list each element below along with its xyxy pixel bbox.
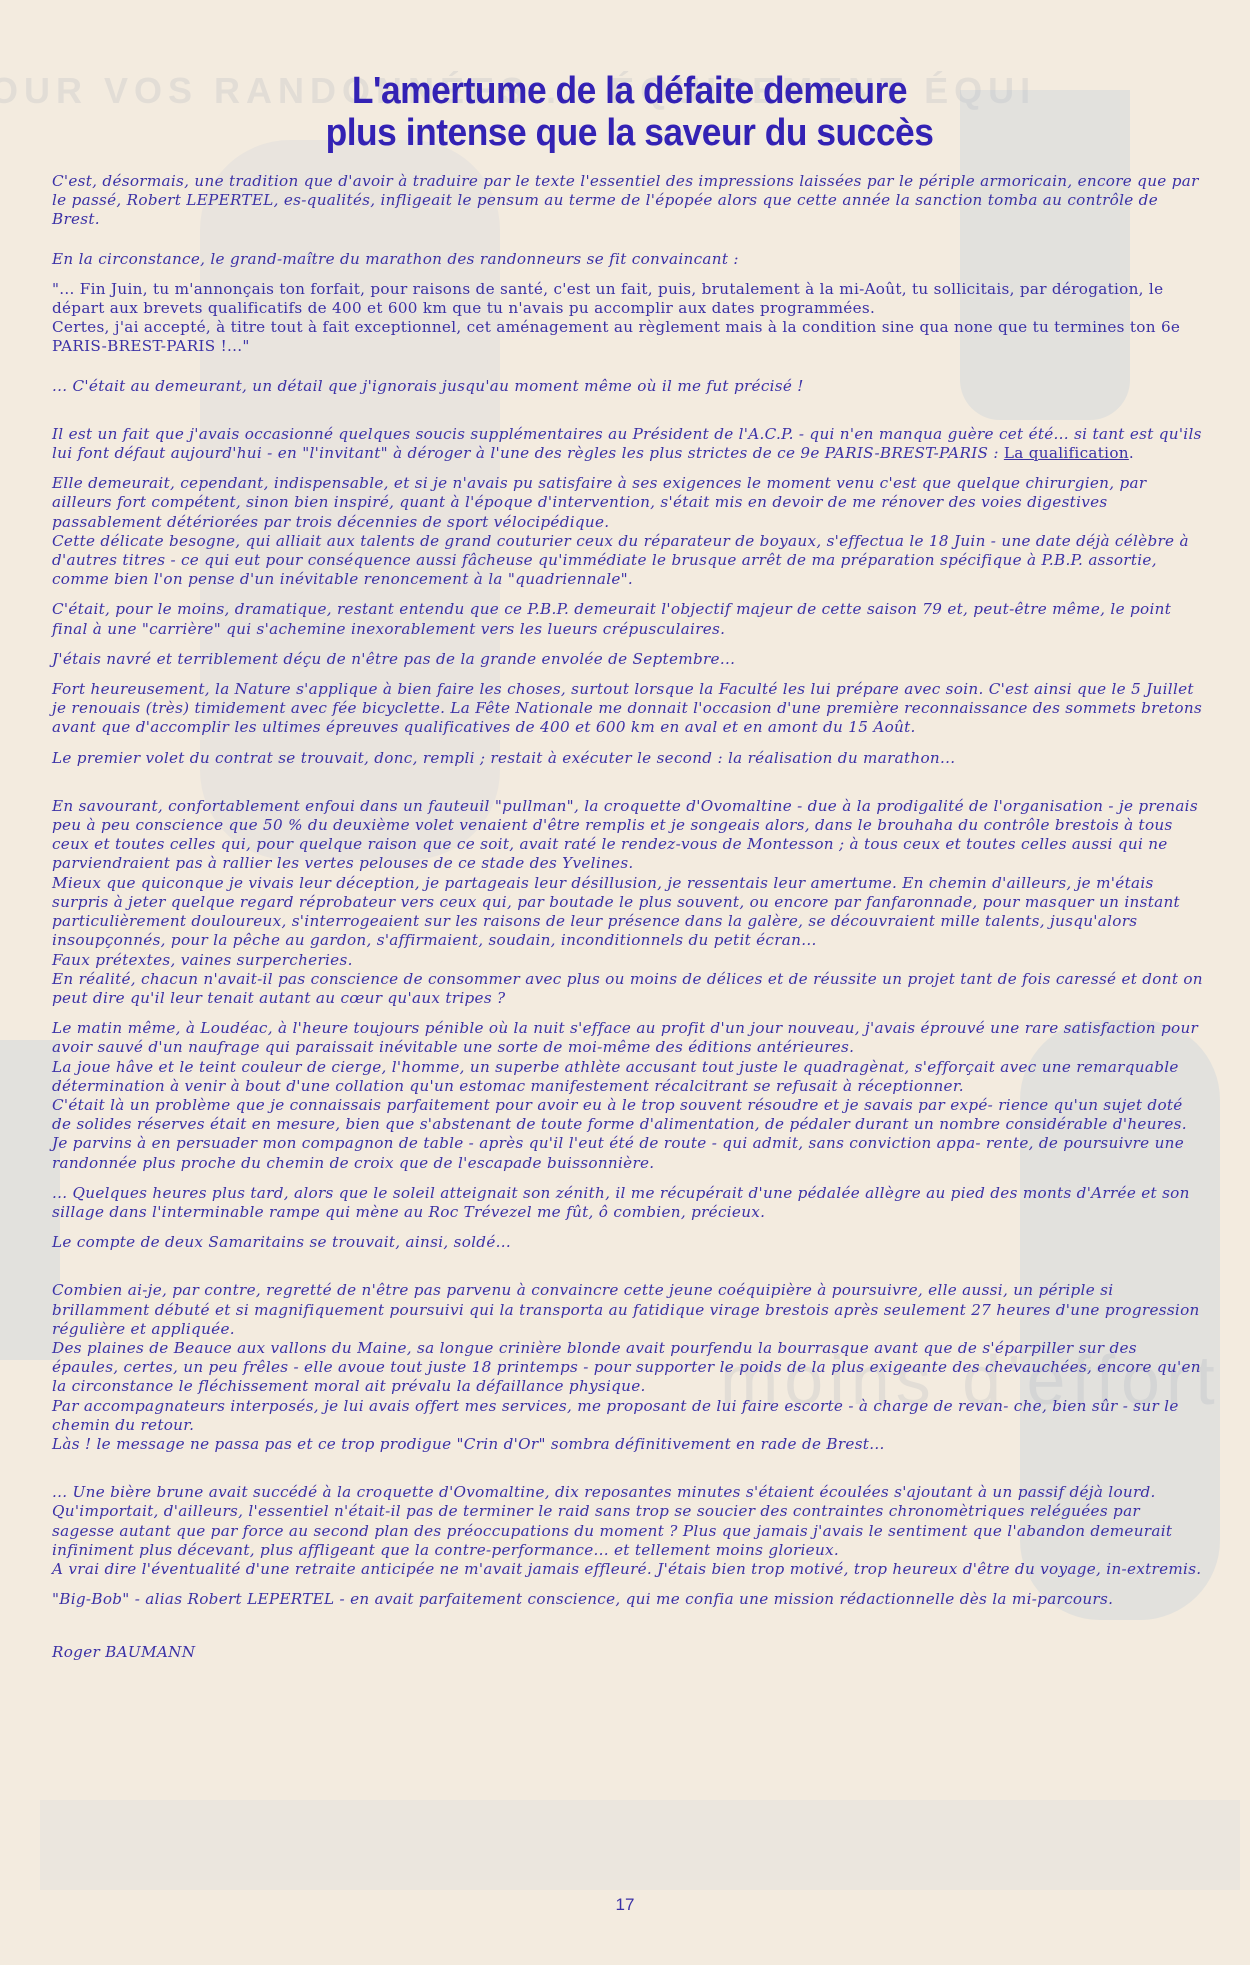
paragraph: Il est un fait que j'avais occasionné qu… — [52, 425, 1207, 463]
qualification-underlined: La qualification — [1004, 444, 1129, 462]
paragraph: Je parvins à en persuader mon compagnon … — [52, 1134, 1207, 1172]
paragraph: C'était, pour le moins, dramatique, rest… — [52, 600, 1207, 638]
paragraph: "Big-Bob" - alias Robert LEPERTEL - en a… — [52, 1590, 1207, 1609]
article: L'amertume de la défaite demeure plus in… — [52, 70, 1207, 1674]
paragraph: Fort heureusement, la Nature s'applique … — [52, 680, 1207, 738]
paragraph: En la circonstance, le grand-maître du m… — [52, 250, 1207, 269]
paragraph-group: Le matin même, à Loudéac, à l'heure touj… — [52, 1019, 1207, 1173]
paragraph: C'est, désormais, une tradition que d'av… — [52, 172, 1207, 230]
article-title: L'amertume de la défaite demeure plus in… — [92, 70, 1166, 154]
paragraph: A vrai dire l'éventualité d'une retraite… — [52, 1560, 1207, 1579]
paragraph: ... Une bière brune avait succédé à la c… — [52, 1483, 1207, 1560]
period: . — [1129, 444, 1134, 462]
paragraph: Le compte de deux Samaritains se trouvai… — [52, 1233, 1207, 1252]
paragraph: Le matin même, à Loudéac, à l'heure touj… — [52, 1019, 1207, 1057]
paragraph: Mieux que quiconque je vivais leur décep… — [52, 874, 1207, 951]
paragraph: En réalité, chacun n'avait-il pas consci… — [52, 970, 1207, 1008]
paragraph: La joue hâve et le teint couleur de cier… — [52, 1058, 1207, 1096]
title-line-2: plus intense que la saveur du succès — [326, 112, 934, 154]
paragraph: ... Quelques heures plus tard, alors que… — [52, 1184, 1207, 1222]
background-shape — [40, 1800, 1240, 1890]
paragraph-group: En savourant, confortablement enfoui dan… — [52, 797, 1207, 1008]
paragraph: ... C'était au demeurant, un détail que … — [52, 377, 1207, 396]
paragraph-group: Elle demeurait, cependant, indispensable… — [52, 474, 1207, 589]
quote-paragraph: "... Fin Juin, tu m'annonçais ton forfai… — [52, 280, 1207, 318]
quote-paragraph: Certes, j'ai accepté, à titre tout à fai… — [52, 318, 1207, 356]
paragraph: En savourant, confortablement enfoui dan… — [52, 797, 1207, 874]
quote-block: "... Fin Juin, tu m'annonçais ton forfai… — [52, 280, 1207, 357]
paragraph: Combien ai-je, par contre, regretté de n… — [52, 1281, 1207, 1339]
paragraph-group: Combien ai-je, par contre, regretté de n… — [52, 1281, 1207, 1454]
paragraph: Faux prétextes, vaines surpercheries. — [52, 951, 1207, 970]
paragraph: Elle demeurait, cependant, indispensable… — [52, 474, 1207, 532]
title-line-1: L'amertume de la défaite demeure — [352, 70, 907, 112]
background-shape — [0, 1040, 60, 1360]
paragraph: Cette délicate besogne, qui alliait aux … — [52, 532, 1207, 590]
paragraph: Par accompagnateurs interposés, je lui a… — [52, 1397, 1207, 1435]
paragraph-group: ... Une bière brune avait succédé à la c… — [52, 1483, 1207, 1579]
paragraph: Le premier volet du contrat se trouvait,… — [52, 749, 1207, 768]
article-body: C'est, désormais, une tradition que d'av… — [52, 172, 1207, 1663]
author-signature: Roger BAUMANN — [52, 1643, 1207, 1662]
page-number: 17 — [0, 1895, 1250, 1915]
paragraph: Làs ! le message ne passa pas et ce trop… — [52, 1435, 1207, 1454]
paragraph: J'étais navré et terriblement déçu de n'… — [52, 650, 1207, 669]
paragraph: C'était là un problème que je connaissai… — [52, 1096, 1207, 1134]
paragraph: Des plaines de Beauce aux vallons du Mai… — [52, 1339, 1207, 1397]
